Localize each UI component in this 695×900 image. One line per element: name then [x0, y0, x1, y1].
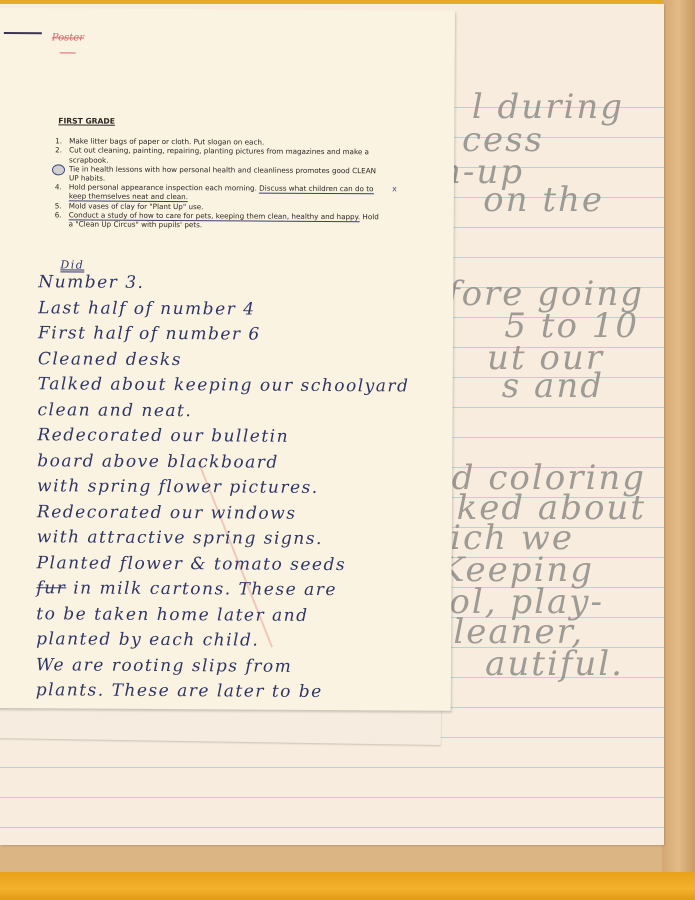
handwritten-line: Cleaned desks [38, 347, 438, 375]
handwritten-line: Redecorated our bulletin [37, 423, 437, 451]
handwritten-line-with-strike: fur in milk cartons. These are [36, 576, 436, 604]
handwritten-line: clean and neat. [37, 398, 437, 426]
item-text: Cut out cleaning, painting, repairing, p… [69, 146, 369, 164]
item-number: 6. [55, 210, 62, 219]
item-text: Tie in health lessons with how personal … [69, 164, 376, 182]
handwritten-line: plants. These are later to be [36, 678, 436, 706]
handwritten-notes: Did Number 3. Last half of number 4 Firs… [36, 260, 439, 706]
ink-dash-mark [4, 32, 42, 34]
handwritten-line: Talked about keeping our schoolyard [38, 372, 438, 400]
background-handwriting: autiful. [485, 644, 624, 684]
list-item: 6. Conduct a study of how to care for pe… [55, 210, 385, 230]
handwritten-line: First half of number 6 [38, 321, 438, 349]
list-item: 4. Hold personal appearance inspection e… [55, 183, 385, 203]
x-mark-icon: x [392, 185, 397, 194]
note-card: Poster FIRST GRADE 1. Make litter bags o… [0, 8, 455, 711]
handwritten-line: to be taken home later and [36, 602, 436, 630]
handwritten-text: in milk cartons. These are [73, 578, 337, 600]
folder-edge-bottom [0, 872, 695, 900]
handwritten-line: We are rooting slips from [36, 653, 436, 681]
handwritten-line: with attractive spring signs. [37, 525, 437, 553]
item-number: 4. [55, 183, 62, 192]
handwritten-line: Last half of number 4 [38, 296, 438, 324]
list-item: 3. Tie in health lessons with how person… [55, 164, 385, 184]
struck-word: fur [36, 578, 66, 598]
handwritten-line: Number 3. [38, 270, 438, 298]
item-number: 5. [55, 201, 62, 210]
list-item: 2. Cut out cleaning, painting, repairing… [55, 146, 385, 166]
item-number: 2. [55, 146, 62, 155]
section-heading: FIRST GRADE [58, 116, 385, 127]
typed-activity-list: FIRST GRADE 1. Make litter bags of paper… [55, 116, 386, 230]
circled-number-icon: 3. [52, 164, 65, 175]
margin-note-underline [60, 52, 76, 53]
handwritten-line: Planted flower & tomato seeds [37, 551, 437, 579]
backing-board-edge [662, 0, 695, 900]
handwritten-line: Redecorated our windows [37, 500, 437, 528]
background-handwriting: s and [502, 366, 604, 406]
handwritten-line: board above blackboard [37, 449, 437, 477]
handwritten-line: planted by each child. [36, 627, 436, 655]
handwritten-line: with spring flower pictures. [37, 474, 437, 502]
margin-note: Poster [52, 32, 84, 43]
background-handwriting: on the [483, 180, 604, 220]
item-number: 1. [55, 137, 62, 146]
